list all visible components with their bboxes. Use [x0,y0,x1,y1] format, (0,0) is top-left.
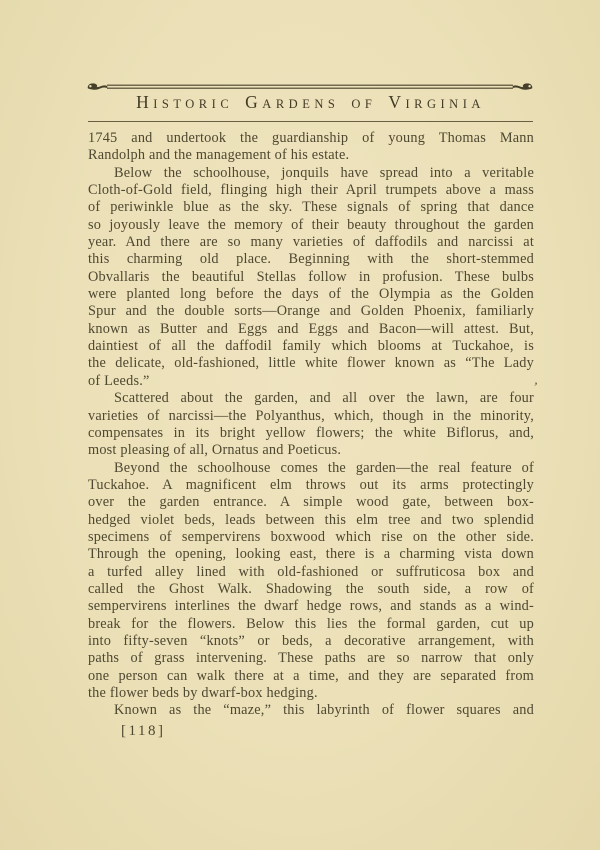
page-number: [118] [121,723,165,740]
left-scroll-ornament [88,84,107,90]
text-line: were planted long before the days of the… [88,286,534,303]
title-rule [88,121,533,122]
running-head-title: HISTORICGARDENSOFVIRGINIA [88,92,533,113]
text-line: year. And there are so many varieties of… [88,234,534,251]
body-text: 1745 and undertook the guardianship of y… [88,130,534,720]
text-line: Cloth-of-Gold field, flinging high their… [88,182,534,199]
text-line: paths of grass intervening. These paths … [88,650,534,667]
text-line: so joyously leave the memory of their be… [88,217,534,234]
text-line: Tuckahoe. A magnificent elm throws out i… [88,477,534,494]
text-line: Spur and the double sorts—Orange and Gol… [88,303,534,320]
text-line: varieties of narcissi—the Polyanthus, wh… [88,408,534,425]
text-line: most pleasing of all, Ornatus and Poetic… [88,442,534,459]
text-line: 1745 and undertook the guardianship of y… [88,130,534,147]
text-line: of periwinkle blue as the sky. These sig… [88,199,534,216]
text-line: one person can walk there at a time, and… [88,668,534,685]
right-scroll-ornament [513,84,532,90]
text-line: this charming old place. Beginning with … [88,251,534,268]
text-line: Through the opening, looking east, there… [88,546,534,563]
text-line: Randolph and the management of his estat… [88,147,534,164]
text-line: Below the schoolhouse, jonquils have spr… [88,165,534,182]
text-line: break for the flowers. Below this lies t… [88,616,534,633]
text-line: Obvallaris the beautiful Stellas follow … [88,269,534,286]
text-line: Scattered about the garden, and all over… [88,390,534,407]
text-line: Beyond the schoolhouse comes the garden—… [88,460,534,477]
text-line: known as Butter and Eggs and Eggs and Ba… [88,321,534,338]
text-line: specimens of sempervirens boxwood which … [88,529,534,546]
text-line: of Leeds.” [88,373,534,390]
text-line: over the garden entrance. A simple wood … [88,494,534,511]
text-line: sempervirens interlines the dwarf hedge … [88,598,534,615]
text-line: called the Ghost Walk. Shadowing the sou… [88,581,534,598]
text-line: compensates in its bright yellow flowers… [88,425,534,442]
text-line: Known as the “maze,” this labyrinth of f… [88,702,534,719]
text-line: the delicate, old-fashioned, little whit… [88,355,534,372]
text-line: a turfed alley lined with old-fashioned … [88,564,534,581]
text-line: the flower beds by dwarf-box hedging. [88,685,534,702]
book-page: HISTORICGARDENSOFVIRGINIA 1745 and under… [0,0,600,850]
text-line: into fifty-seven “knots” or beds, a deco… [88,633,534,650]
text-line: daintiest of all the daffodil family whi… [88,338,534,355]
text-line: hedged violet beds, leads between this e… [88,512,534,529]
